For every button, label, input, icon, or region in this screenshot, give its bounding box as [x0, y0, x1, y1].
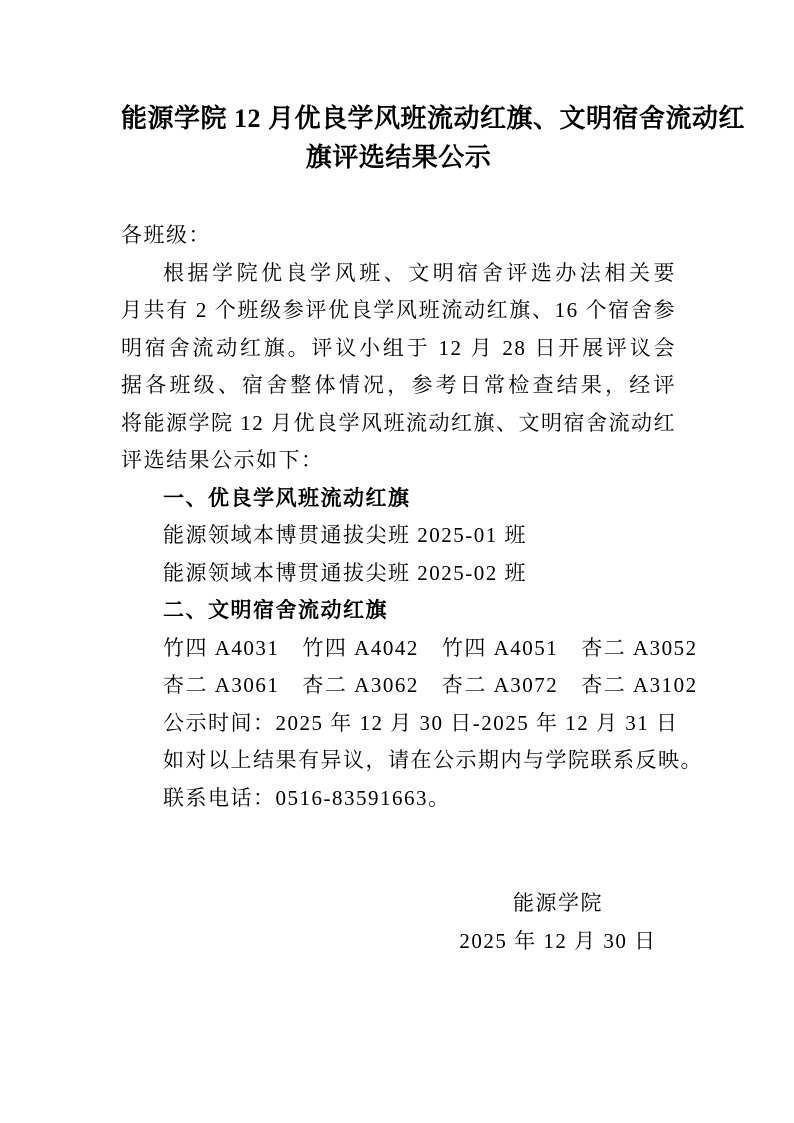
dorm-entry: 杏二 A3072 [442, 667, 558, 705]
title-line-1: 能源学院 12 月优良学风班流动红旗、文明宿舍流动红 [121, 99, 676, 138]
paragraph-line: 根据学院优良学风班、文明宿舍评选办法相关要求，12 [121, 255, 676, 293]
awarded-class: 能源领域本博贯通拔尖班 2025-02 班 [163, 555, 676, 593]
paragraph-line: 月共有 2 个班级参评优良学风班流动红旗、16 个宿舍参评文 [121, 292, 676, 330]
awarded-class: 能源领域本博贯通拔尖班 2025-01 班 [163, 517, 676, 555]
document-body: 各班级： 根据学院优良学风班、文明宿舍评选办法相关要求，12 月共有 2 个班级… [121, 217, 676, 817]
signature-date: 2025 年 12 月 30 日 [393, 923, 723, 961]
contact-phone: 联系电话：0516-83591663。 [163, 780, 676, 818]
dorm-entry: 杏二 A3062 [302, 667, 418, 705]
dorm-entry: 竹四 A4042 [302, 630, 418, 668]
dorm-row: 杏二 A3061 杏二 A3062 杏二 A3072 杏二 A3102 [163, 667, 676, 705]
dorm-entry: 杏二 A3052 [581, 630, 697, 668]
paragraph-line: 将能源学院 12 月优良学风班流动红旗、文明宿舍流动红旗 [121, 405, 676, 443]
objection-notice: 如对以上结果有异议，请在公示期内与学院联系反映。 [163, 742, 676, 780]
paragraph-line: 评选结果公示如下： [121, 442, 676, 480]
document-title: 能源学院 12 月优良学风班流动红旗、文明宿舍流动红 旗评选结果公示 [121, 99, 676, 177]
title-line-2: 旗评选结果公示 [121, 138, 676, 177]
dorm-entry: 杏二 A3102 [581, 667, 697, 705]
signature-org: 能源学院 [393, 885, 723, 923]
section-2-heading: 二、文明宿舍流动红旗 [163, 592, 676, 630]
dorm-row: 竹四 A4031 竹四 A4042 竹四 A4051 杏二 A3052 [163, 630, 676, 668]
signature-block: 能源学院 2025 年 12 月 30 日 [393, 885, 723, 960]
dorm-entry: 杏二 A3061 [163, 667, 279, 705]
paragraph-line: 据各班级、宿舍整体情况，参考日常检查结果，经评议，现 [121, 367, 676, 405]
document-page: 能源学院 12 月优良学风班流动红旗、文明宿舍流动红 旗评选结果公示 各班级： … [0, 0, 794, 1123]
dorm-entry: 竹四 A4031 [163, 630, 279, 668]
publicity-period: 公示时间：2025 年 12 月 30 日-2025 年 12 月 31 日 [163, 705, 676, 743]
section-1-heading: 一、优良学风班流动红旗 [163, 480, 676, 518]
paragraph-line: 明宿舍流动红旗。评议小组于 12 月 28 日开展评议会议，根 [121, 330, 676, 368]
salutation: 各班级： [121, 217, 676, 255]
dorm-entry: 竹四 A4051 [442, 630, 558, 668]
